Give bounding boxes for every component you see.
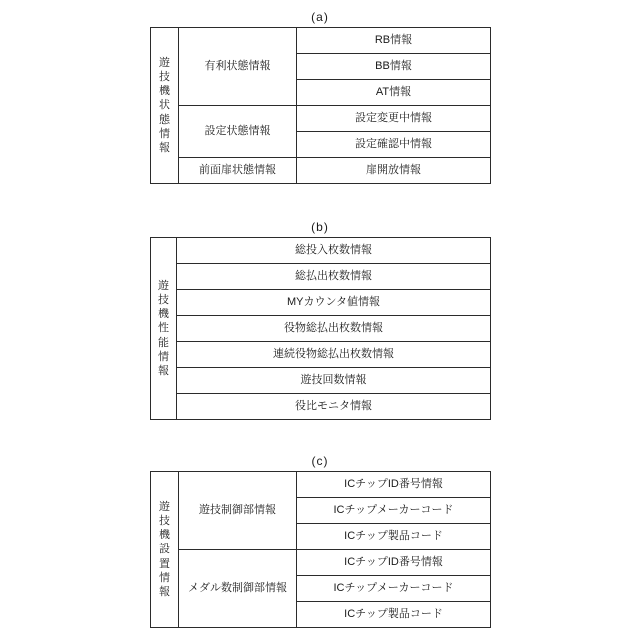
group-header-label: 遊技機状態情報 — [158, 56, 171, 155]
item-cell-door-open-info: 扉開放情報 — [297, 158, 491, 184]
table-row: 遊技回数情報 — [151, 368, 491, 394]
table-row: 前面扉状態情報 扉開放情報 — [151, 158, 491, 184]
item-cell-ic-chip-product-code-2: ICチップ製品コード — [297, 602, 491, 628]
group-header-label: 遊技機設置情報 — [158, 500, 171, 599]
category-cell-medal-count-control-unit: メダル数制御部情報 — [179, 550, 297, 628]
table-machine-performance-info: 遊技機性能情報 総投入枚数情報 総払出枚数情報 MYカウンタ値情報 役物総払出枚… — [150, 237, 491, 420]
item-cell-my-counter-info: MYカウンタ値情報 — [177, 290, 491, 316]
figure-c-label: (c) — [150, 454, 490, 468]
table-row: MYカウンタ値情報 — [151, 290, 491, 316]
table-machine-installation-info: 遊技機設置情報 遊技制御部情報 ICチップID番号情報 ICチップメーカーコード… — [150, 471, 491, 628]
category-cell-setting-state: 設定状態情報 — [179, 106, 297, 158]
item-cell-ic-chip-id-info-2: ICチップID番号情報 — [297, 550, 491, 576]
table-row: 遊技機性能情報 総投入枚数情報 — [151, 238, 491, 264]
item-cell-ic-chip-product-code-1: ICチップ製品コード — [297, 524, 491, 550]
table-row: 総払出枚数情報 — [151, 264, 491, 290]
table-row: 連続役物総払出枚数情報 — [151, 342, 491, 368]
item-cell-setting-confirm-info: 設定確認中情報 — [297, 132, 491, 158]
item-cell-rb-info: RB情報 — [297, 28, 491, 54]
group-header-machine-installation: 遊技機設置情報 — [151, 472, 179, 628]
item-cell-ic-chip-maker-code-1: ICチップメーカーコード — [297, 498, 491, 524]
category-cell-game-control-unit: 遊技制御部情報 — [179, 472, 297, 550]
item-cell-total-inserted-info: 総投入枚数情報 — [177, 238, 491, 264]
figure-b-label: (b) — [150, 220, 490, 234]
table-row: 役物総払出枚数情報 — [151, 316, 491, 342]
item-cell-setting-change-info: 設定変更中情報 — [297, 106, 491, 132]
category-cell-advantage-state: 有利状態情報 — [179, 28, 297, 106]
figure-a-label: (a) — [150, 10, 490, 24]
table-row: 遊技機設置情報 遊技制御部情報 ICチップID番号情報 — [151, 472, 491, 498]
table-row: 遊技機状態情報 有利状態情報 RB情報 — [151, 28, 491, 54]
group-header-label: 遊技機性能情報 — [157, 279, 170, 378]
table-row: メダル数制御部情報 ICチップID番号情報 — [151, 550, 491, 576]
group-header-machine-performance: 遊技機性能情報 — [151, 238, 177, 420]
item-cell-ic-chip-id-info-1: ICチップID番号情報 — [297, 472, 491, 498]
item-cell-role-ratio-monitor-info: 役比モニタ情報 — [177, 394, 491, 420]
item-cell-role-total-payout-info: 役物総払出枚数情報 — [177, 316, 491, 342]
table-row: 役比モニタ情報 — [151, 394, 491, 420]
item-cell-at-info: AT情報 — [297, 80, 491, 106]
category-cell-front-door-state: 前面扉状態情報 — [179, 158, 297, 184]
table-machine-state-info: 遊技機状態情報 有利状態情報 RB情報 BB情報 AT情報 設定状態情報 設定変… — [150, 27, 491, 184]
item-cell-game-count-info: 遊技回数情報 — [177, 368, 491, 394]
item-cell-ic-chip-maker-code-2: ICチップメーカーコード — [297, 576, 491, 602]
table-row: 設定状態情報 設定変更中情報 — [151, 106, 491, 132]
item-cell-total-payout-info: 総払出枚数情報 — [177, 264, 491, 290]
item-cell-continuous-role-total-payout-info: 連続役物総払出枚数情報 — [177, 342, 491, 368]
group-header-machine-state: 遊技機状態情報 — [151, 28, 179, 184]
item-cell-bb-info: BB情報 — [297, 54, 491, 80]
